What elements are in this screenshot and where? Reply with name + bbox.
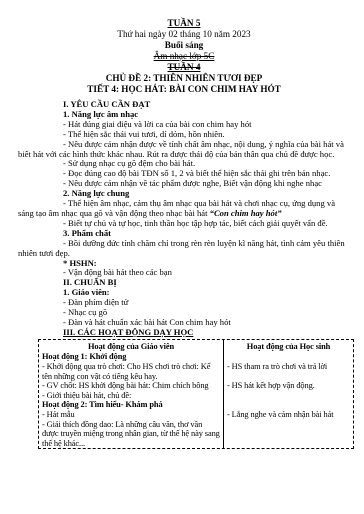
- student-cell: [223, 352, 353, 362]
- lesson-title: TIẾT 4: HỌC HÁT: BÀI CON CHIM HAY HÓT: [18, 84, 350, 95]
- subject-line-struck: Âm nhạc lớp 5C: [18, 51, 350, 62]
- session-label: Buổi sáng: [18, 40, 350, 51]
- student-cell: [223, 391, 353, 401]
- objective-item: - Bồi dưỡng đức tính chăm chỉ trong rèn …: [18, 239, 350, 259]
- teacher-cell: - Giới thiệu bài hát, chủ đề:: [39, 391, 223, 401]
- student-cell: - HS tham ra trò chơi và trả lời: [223, 362, 353, 381]
- student-cell: - HS hát kết hợp vận động.: [223, 381, 353, 391]
- student-cell: [223, 420, 353, 449]
- student-cell: [223, 400, 353, 410]
- section-3-title: III. CÁC HOẠT ĐỘNG DẠY HỌC: [18, 328, 350, 338]
- teacher-cell: - Hát mẫu: [39, 410, 223, 420]
- activity-2-title: Hoạt động 2: Tìm hiểu- Khám phá: [39, 400, 223, 410]
- teacher-cell: - Giải thích đồng dao: Là những câu văn,…: [39, 420, 223, 449]
- lesson-plan-page: TUẦN 5 Thứ hai ngày 02 tháng 10 năm 2023…: [0, 0, 364, 514]
- table-header-teacher: Hoạt động của Giáo viên: [39, 340, 223, 353]
- table-header-student: Hoạt động của Học sinh: [223, 340, 353, 353]
- activities-table: Hoạt động của Giáo viên Hoạt động của Họ…: [38, 339, 354, 450]
- theme-title: CHỦ ĐỀ 2: THIÊN NHIÊN TƯƠI ĐẸP: [18, 73, 350, 84]
- teacher-cell: - Khởi động qua trò chơi: Cho HS chơi tr…: [39, 362, 223, 381]
- page-header: TUẦN 5 Thứ hai ngày 02 tháng 10 năm 2023…: [18, 18, 350, 95]
- activity-1-title: Hoạt động 1: Khởi động: [39, 352, 223, 362]
- teacher-cell: - GV chốt: HS khởi động bài hát: Chim ch…: [39, 381, 223, 391]
- objective-item-text: - Thể hiện âm nhạc, cảm thụ âm nhạc qua …: [18, 198, 335, 218]
- song-title-quote: “Con chim hay hót”: [210, 208, 282, 218]
- objective-item: - Nêu được cảm nhận được về tính chất âm…: [18, 140, 350, 160]
- week-title: TUẦN 5: [18, 18, 350, 29]
- date-line: Thứ hai ngày 02 tháng 10 năm 2023: [18, 29, 350, 40]
- student-cell: - Lắng nghe và cảm nhận bài hát: [223, 410, 353, 420]
- old-week-line-struck: TUẦN 4: [18, 62, 350, 73]
- objective-item: - Thể hiện âm nhạc, cảm thụ âm nhạc qua …: [18, 199, 350, 219]
